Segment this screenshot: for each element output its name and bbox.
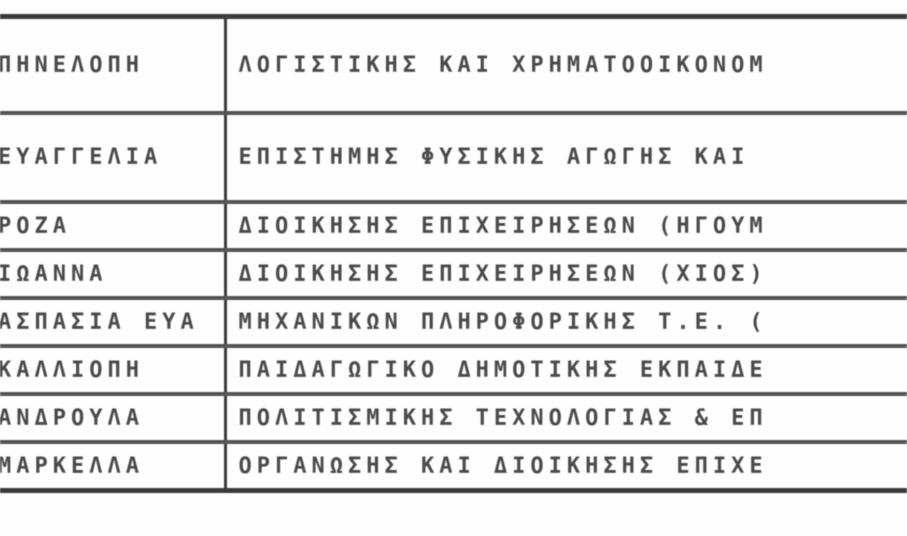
name-cell: ΑΣΠΑΣΙΑ ΕΥΑ bbox=[0, 298, 225, 346]
name-cell: ΕΥΑΓΓΕΛΙΑ bbox=[0, 113, 225, 202]
scanned-table-container: ΠΗΝΕΛΟΠΗ ΛΟΓΙΣΤΙΚΗΣ ΚΑΙ ΧΡΗΜΑΤΟΟΙΚΟΝΟΜ Ε… bbox=[0, 14, 907, 493]
department-cell: ΠΑΙΔΑΓΩΓΙΚΟ ΔΗΜΟΤΙΚΗΣ ΕΚΠΑΙΔΕ bbox=[225, 346, 907, 394]
name-cell: ΠΗΝΕΛΟΠΗ bbox=[0, 17, 225, 114]
name-cell: ΑΝΔΡΟΥΛΑ bbox=[0, 394, 225, 442]
department-cell: ΛΟΓΙΣΤΙΚΗΣ ΚΑΙ ΧΡΗΜΑΤΟΟΙΚΟΝΟΜ bbox=[225, 17, 907, 114]
table-row: ΑΝΔΡΟΥΛΑ ΠΟΛΙΤΙΣΜΙΚΗΣ ΤΕΧΝΟΛΟΓΙΑΣ & ΕΠ bbox=[0, 394, 907, 442]
table-row: ΠΗΝΕΛΟΠΗ ΛΟΓΙΣΤΙΚΗΣ ΚΑΙ ΧΡΗΜΑΤΟΟΙΚΟΝΟΜ bbox=[0, 17, 907, 114]
department-cell: ΕΠΙΣΤΗΜΗΣ ΦΥΣΙΚΗΣ ΑΓΩΓΗΣ ΚΑΙ bbox=[225, 113, 907, 202]
name-cell: ΜΑΡΚΕΛΛΑ bbox=[0, 442, 225, 491]
department-cell: ΟΡΓΑΝΩΣΗΣ ΚΑΙ ΔΙΟΙΚΗΣΗΣ ΕΠΙΧΕ bbox=[225, 442, 907, 491]
name-cell: ΚΑΛΛΙΟΠΗ bbox=[0, 346, 225, 394]
department-cell: ΠΟΛΙΤΙΣΜΙΚΗΣ ΤΕΧΝΟΛΟΓΙΑΣ & ΕΠ bbox=[225, 394, 907, 442]
table-row: ΕΥΑΓΓΕΛΙΑ ΕΠΙΣΤΗΜΗΣ ΦΥΣΙΚΗΣ ΑΓΩΓΗΣ ΚΑΙ bbox=[0, 113, 907, 202]
table-row: ΜΑΡΚΕΛΛΑ ΟΡΓΑΝΩΣΗΣ ΚΑΙ ΔΙΟΙΚΗΣΗΣ ΕΠΙΧΕ bbox=[0, 442, 907, 491]
department-cell: ΔΙΟΙΚΗΣΗΣ ΕΠΙΧΕΙΡΗΣΕΩΝ (ΗΓΟΥΜ bbox=[225, 202, 907, 250]
department-cell: ΔΙΟΙΚΗΣΗΣ ΕΠΙΧΕΙΡΗΣΕΩΝ (ΧΙΟΣ) bbox=[225, 250, 907, 298]
table-row: ΑΣΠΑΣΙΑ ΕΥΑ ΜΗΧΑΝΙΚΩΝ ΠΛΗΡΟΦΟΡΙΚΗΣ Τ.Ε. … bbox=[0, 298, 907, 346]
name-cell: ΡΟΖΑ bbox=[0, 202, 225, 250]
table-row: ΡΟΖΑ ΔΙΟΙΚΗΣΗΣ ΕΠΙΧΕΙΡΗΣΕΩΝ (ΗΓΟΥΜ bbox=[0, 202, 907, 250]
table-row: ΚΑΛΛΙΟΠΗ ΠΑΙΔΑΓΩΓΙΚΟ ΔΗΜΟΤΙΚΗΣ ΕΚΠΑΙΔΕ bbox=[0, 346, 907, 394]
results-table: ΠΗΝΕΛΟΠΗ ΛΟΓΙΣΤΙΚΗΣ ΚΑΙ ΧΡΗΜΑΤΟΟΙΚΟΝΟΜ Ε… bbox=[0, 14, 907, 493]
department-cell: ΜΗΧΑΝΙΚΩΝ ΠΛΗΡΟΦΟΡΙΚΗΣ Τ.Ε. ( bbox=[225, 298, 907, 346]
table-row: ΙΩΑΝΝΑ ΔΙΟΙΚΗΣΗΣ ΕΠΙΧΕΙΡΗΣΕΩΝ (ΧΙΟΣ) bbox=[0, 250, 907, 298]
name-cell: ΙΩΑΝΝΑ bbox=[0, 250, 225, 298]
